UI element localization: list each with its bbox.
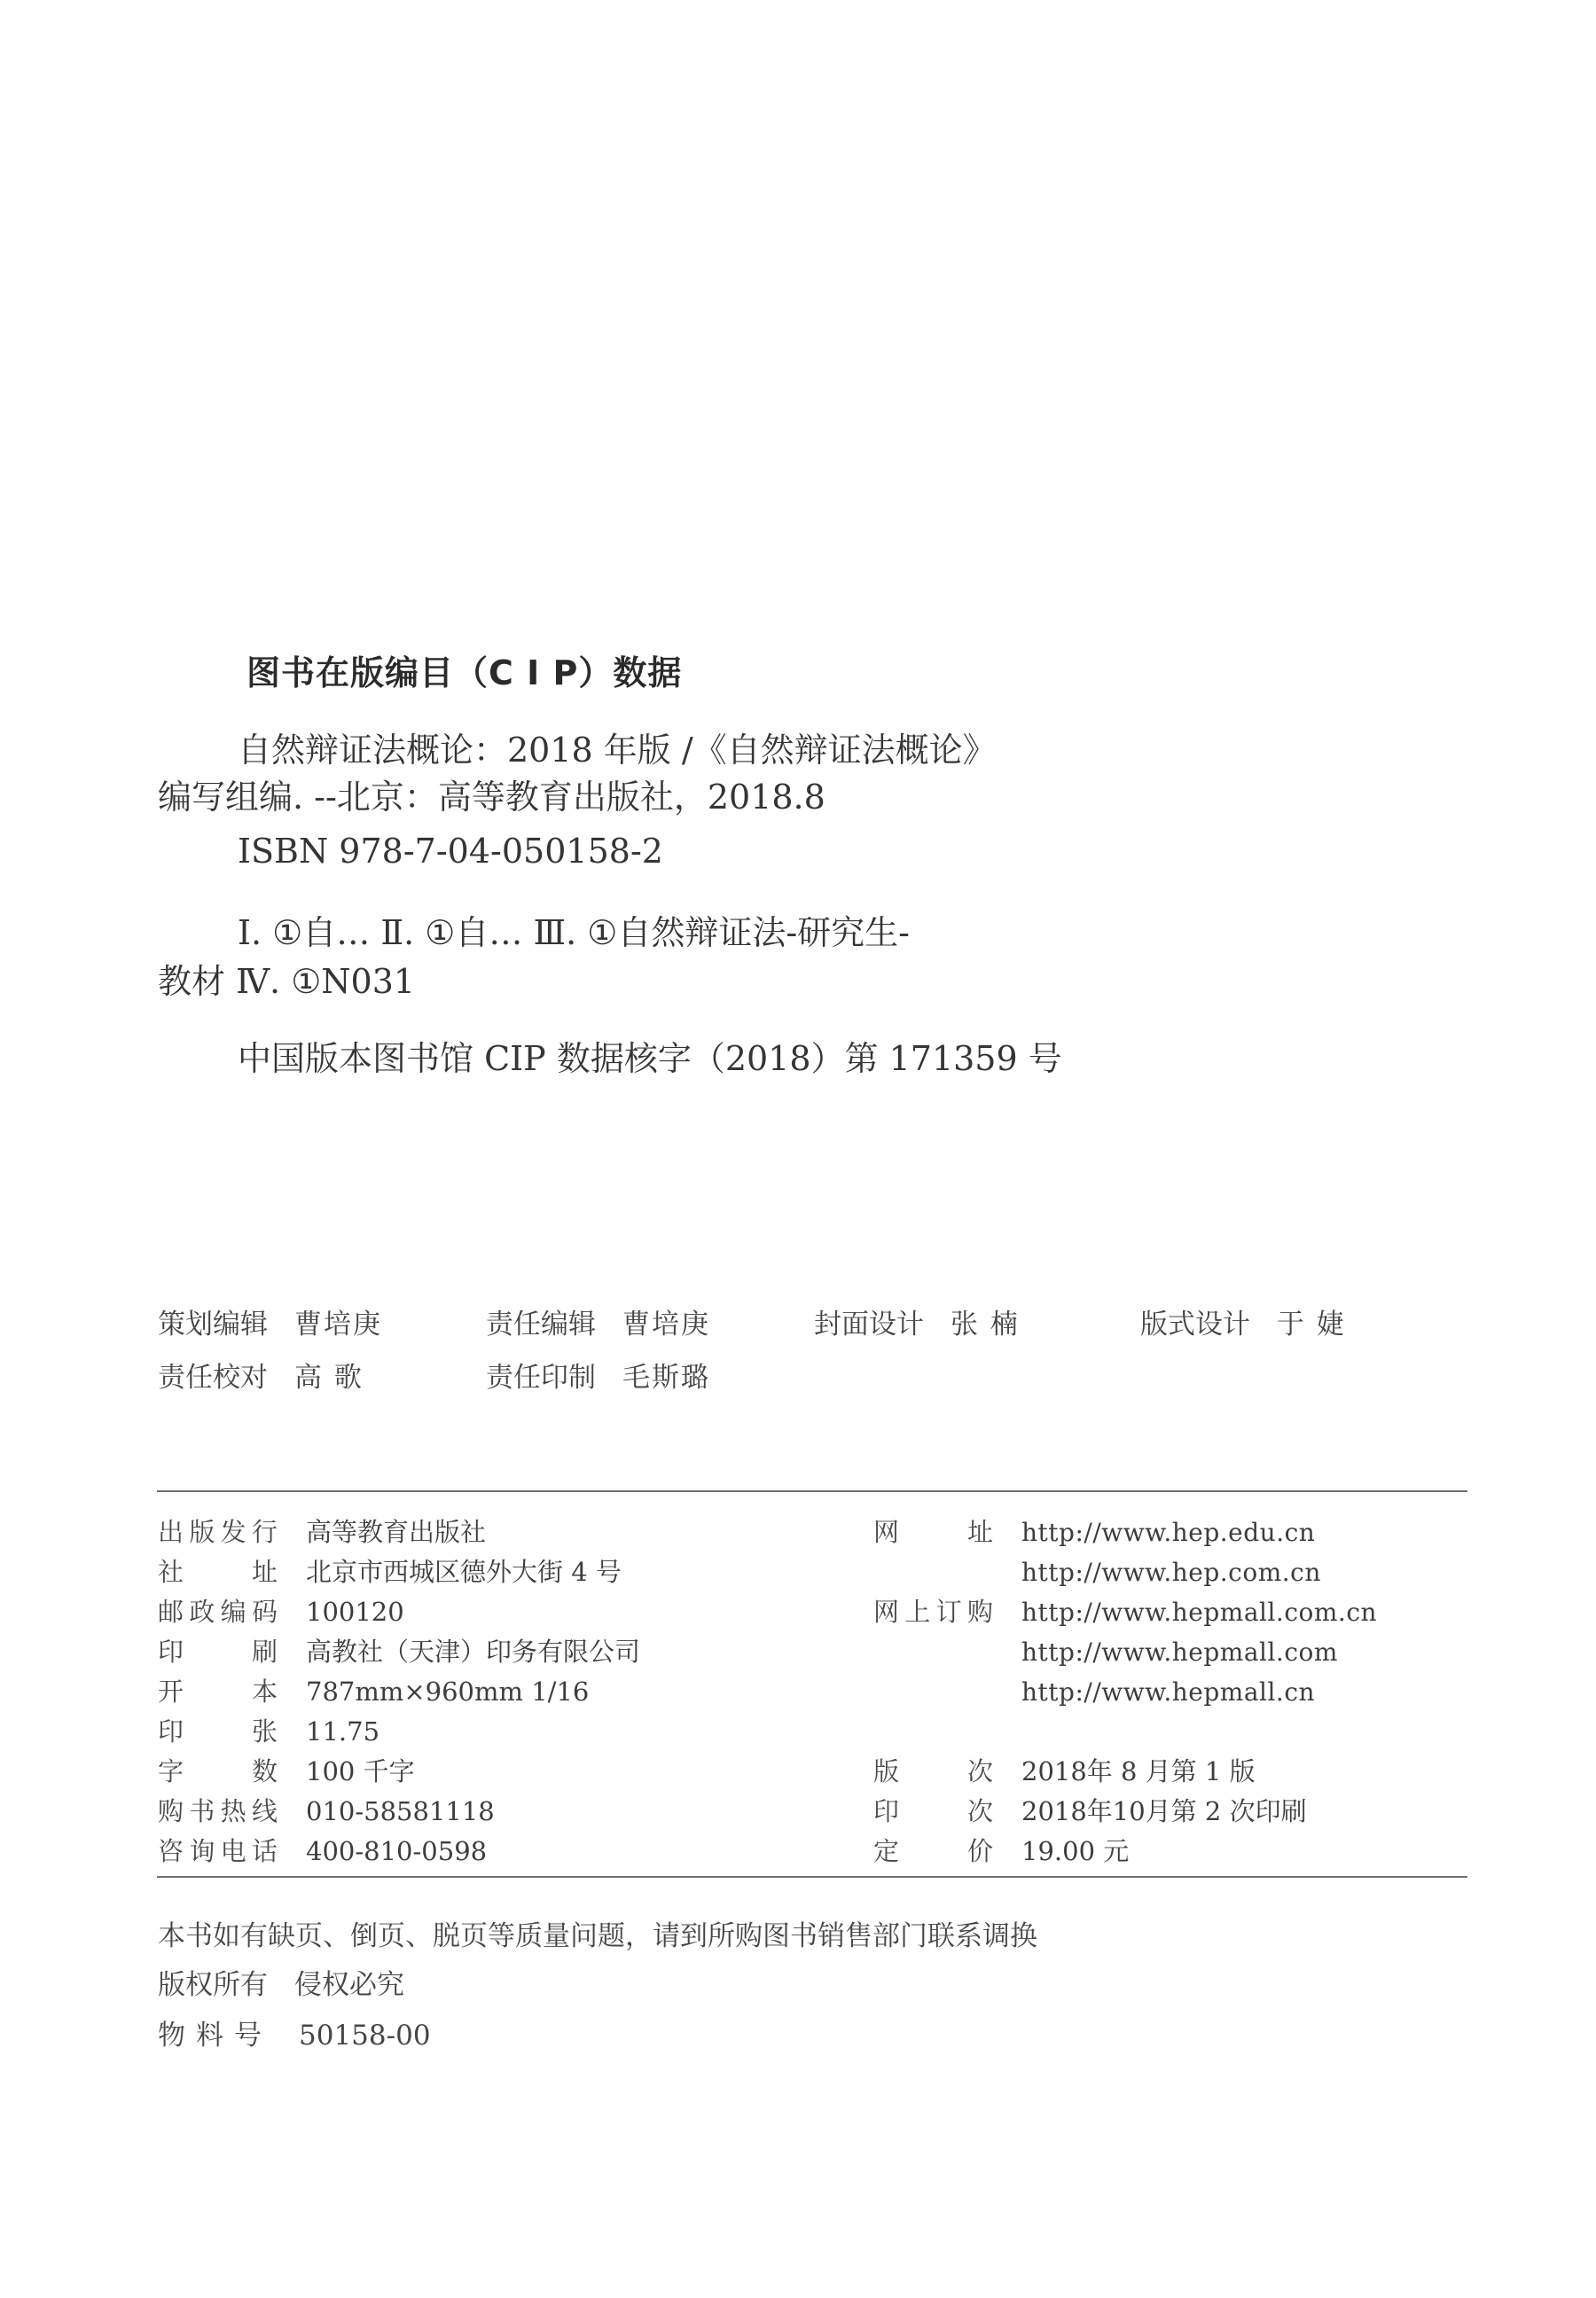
credit-label: 版式设计 (1140, 1301, 1250, 1341)
divider-top (157, 1490, 1467, 1492)
credit-value: 于 婕 (1277, 1301, 1346, 1341)
info-label: 出版发行 (158, 1512, 278, 1552)
info-row-online-order-3: http://www.hepmall.cn (873, 1672, 1315, 1711)
credit-label: 封面设计 (814, 1301, 924, 1341)
online-order-link[interactable]: http://www.hepmall.com.cn (1021, 1593, 1377, 1632)
info-row-format: 开本787mm×960mm 1/16 (158, 1672, 589, 1711)
info-label: 咨询电话 (158, 1832, 278, 1871)
info-row-printing: 印次2018年10月第 2 次印刷 (873, 1792, 1307, 1831)
info-row-edition: 版次2018年 8 月第 1 版 (873, 1752, 1256, 1791)
credit-value: 张 楠 (951, 1301, 1020, 1341)
info-value: 2018年 8 月第 1 版 (1021, 1752, 1256, 1791)
credit-print-supervisor: 责任印制毛斯璐 (486, 1355, 710, 1395)
credit-value: 曹培庚 (622, 1301, 710, 1341)
info-label: 邮政编码 (158, 1592, 278, 1631)
copyright-label: 版权所有 (158, 1969, 268, 2001)
info-row-sales-hotline: 购书热线010-58581118 (158, 1792, 495, 1831)
info-row-website-2: http://www.hep.com.cn (873, 1552, 1321, 1591)
online-order-link[interactable]: http://www.hepmall.cn (1021, 1673, 1315, 1712)
credit-value: 毛斯璐 (622, 1355, 710, 1395)
info-label: 字数 (158, 1752, 278, 1791)
material-value: 50158-00 (299, 2020, 431, 2052)
info-value: 19.00 元 (1021, 1832, 1129, 1871)
credit-cover-design: 封面设计张 楠 (814, 1301, 1020, 1341)
info-value: 100 千字 (306, 1752, 415, 1791)
website-link[interactable]: http://www.hep.com.cn (1021, 1553, 1321, 1592)
info-row-online-order: 网上订购http://www.hepmall.com.cn (873, 1592, 1377, 1631)
credit-value: 高 歌 (294, 1355, 364, 1395)
info-value: 高教社（天津）印务有限公司 (306, 1632, 640, 1671)
info-row-word-count: 字数100 千字 (158, 1752, 415, 1791)
info-value: 400-810-0598 (306, 1832, 487, 1871)
info-label: 社址 (158, 1552, 278, 1591)
info-row-website: 网址http://www.hep.edu.cn (873, 1512, 1315, 1552)
info-row-publisher: 出版发行高等教育出版社 (158, 1512, 486, 1552)
website-link[interactable]: http://www.hep.edu.cn (1021, 1513, 1315, 1552)
divider-bottom (157, 1876, 1467, 1878)
info-value: 2018年10月第 2 次印刷 (1021, 1792, 1307, 1831)
credit-value: 曹培庚 (294, 1301, 382, 1341)
credit-planning-editor: 策划编辑曹培庚 (158, 1301, 382, 1341)
cip-subject-line-1: Ⅰ. ①自… Ⅱ. ①自… Ⅲ. ①自然辩证法-研究生- (238, 910, 910, 956)
credit-layout-design: 版式设计于 婕 (1140, 1301, 1346, 1341)
cip-subject-line-2: 教材 Ⅳ. ①N031 (158, 958, 415, 1004)
info-label: 定价 (873, 1832, 993, 1871)
credit-proofreader: 责任校对高 歌 (158, 1355, 364, 1395)
info-value: 北京市西城区德外大街 4 号 (306, 1552, 622, 1591)
info-value: 11.75 (306, 1712, 379, 1751)
info-row-price: 定价19.00 元 (873, 1832, 1129, 1871)
copyright-notice: 版权所有侵权必究 (158, 1962, 404, 2002)
info-label: 版次 (873, 1752, 993, 1791)
info-label: 开本 (158, 1672, 278, 1711)
online-order-link[interactable]: http://www.hepmall.com (1021, 1633, 1338, 1672)
info-value: 787mm×960mm 1/16 (306, 1672, 589, 1711)
copyright-value: 侵权必究 (294, 1969, 404, 2001)
credit-responsible-editor: 责任编辑曹培庚 (486, 1301, 710, 1341)
info-label: 印次 (873, 1792, 993, 1831)
info-label: 网址 (873, 1512, 993, 1552)
info-row-postcode: 邮政编码100120 (158, 1592, 404, 1631)
info-row-sheets: 印张11.75 (158, 1712, 379, 1751)
info-label: 印张 (158, 1712, 278, 1751)
cip-title-line-2: 编写组编. --北京：高等教育出版社，2018.8 (158, 774, 825, 820)
quality-notice: 本书如有缺页、倒页、脱页等质量问题，请到所购图书销售部门联系调换 (158, 1913, 1037, 1953)
cip-number: 中国版本图书馆 CIP 数据核字（2018）第 171359 号 (238, 1036, 1062, 1082)
info-label: 印刷 (158, 1632, 278, 1671)
credit-label: 责任校对 (158, 1355, 268, 1395)
info-value: 高等教育出版社 (306, 1512, 486, 1552)
cip-heading: 图书在版编目（C I P）数据 (246, 645, 682, 694)
info-value: 100120 (306, 1592, 404, 1631)
info-value: 010-58581118 (306, 1792, 495, 1831)
credit-label: 策划编辑 (158, 1301, 268, 1341)
info-label: 购书热线 (158, 1792, 278, 1831)
cip-isbn: ISBN 978-7-04-050158-2 (238, 828, 663, 874)
info-row-consult-phone: 咨询电话400-810-0598 (158, 1832, 487, 1871)
credit-label: 责任编辑 (486, 1301, 596, 1341)
cip-title-line-1: 自然辩证法概论：2018 年版 /《自然辩证法概论》 (238, 727, 997, 773)
info-label: 网上订购 (873, 1592, 993, 1631)
info-row-printer: 印刷高教社（天津）印务有限公司 (158, 1632, 640, 1671)
material-label: 物料号 (158, 2020, 272, 2052)
info-row-online-order-2: http://www.hepmall.com (873, 1632, 1338, 1671)
credit-label: 责任印制 (486, 1355, 596, 1395)
info-row-address: 社址北京市西城区德外大街 4 号 (158, 1552, 622, 1591)
material-number: 物料号50158-00 (158, 2013, 431, 2052)
